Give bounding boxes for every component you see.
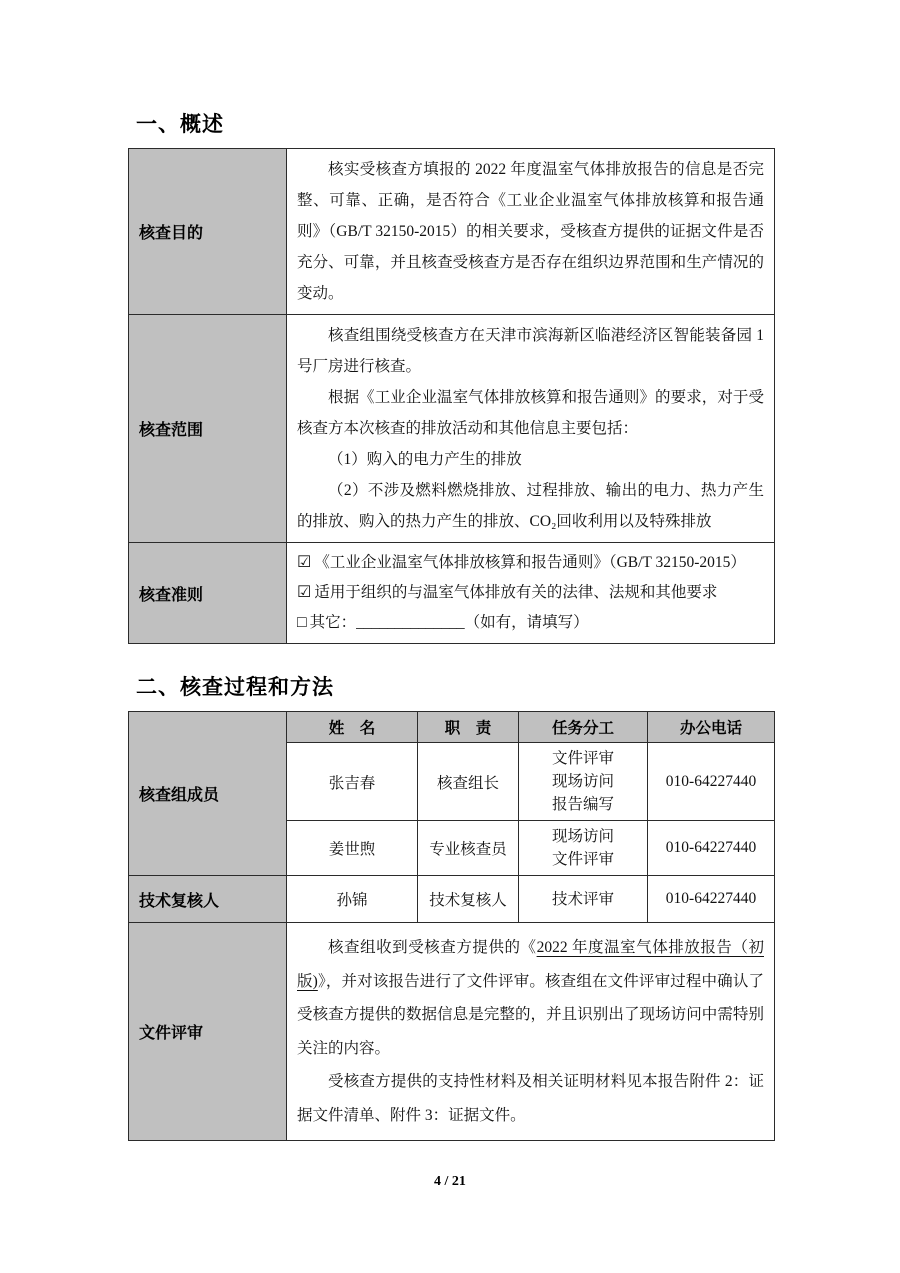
column-header-tasks: 任务分工	[519, 712, 648, 743]
member-tasks-cell: 技术评审	[519, 876, 648, 923]
paragraph: 受核查方提供的支持性材料及相关证明材料见本报告附件 2：证据文件清单、附件 3：…	[297, 1065, 764, 1132]
paragraph: 核查组围绕受核查方在天津市滨海新区临港经济区智能装备园 1 号厂房进行核查。	[297, 320, 764, 382]
criteria-text: 适用于组织的与温室气体排放有关的法律、法规和其他要求	[314, 578, 717, 608]
criteria-item: ☑ 适用于组织的与温室气体排放有关的法律、法规和其他要求	[297, 578, 764, 608]
member-phone-cell: 010-64227440	[648, 876, 775, 923]
checkbox-checked-icon: ☑	[297, 578, 311, 608]
member-role-cell: 技术复核人	[418, 876, 519, 923]
verification-team-table: 核查组成员 姓 名 职 责 任务分工 办公电话 张吉春 核查组长 文件评审 现场…	[128, 711, 775, 1141]
document-page: 一、概述 核查目的 核实受核查方填报的 2022 年度温室气体排放报告的信息是否…	[0, 0, 900, 1273]
row-label-verification-purpose: 核查目的	[129, 149, 287, 315]
member-tasks-cell: 文件评审 现场访问 报告编写	[519, 743, 648, 821]
document-content: 一、概述 核查目的 核实受核查方填报的 2022 年度温室气体排放报告的信息是否…	[128, 108, 774, 1141]
member-role-cell: 核查组长	[418, 743, 519, 821]
verification-criteria-cell: ☑ 《工业企业温室气体排放核算和报告通则》（GB/T 32150-2015） ☑…	[287, 543, 775, 644]
column-header-role: 职 责	[418, 712, 519, 743]
table-row: 文件评审 核查组收到受核查方提供的《2022 年度温室气体排放报告（初版)》，并…	[129, 923, 775, 1141]
checkbox-unchecked-icon: □	[297, 608, 307, 638]
verification-scope-cell: 核查组围绕受核查方在天津市滨海新区临港经济区智能装备园 1 号厂房进行核查。 根…	[287, 315, 775, 543]
checkbox-checked-icon: ☑	[297, 548, 311, 578]
criteria-item: ☑ 《工业企业温室气体排放核算和报告通则》（GB/T 32150-2015）	[297, 548, 764, 578]
member-name-cell: 孙锦	[287, 876, 418, 923]
paragraph: 核实受核查方填报的 2022 年度温室气体排放报告的信息是否完整、可靠、正确，是…	[297, 154, 764, 309]
overview-table: 核查目的 核实受核查方填报的 2022 年度温室气体排放报告的信息是否完整、可靠…	[128, 148, 775, 644]
section2-heading: 二、核查过程和方法	[136, 671, 774, 701]
member-name-cell: 姜世煦	[287, 821, 418, 876]
row-label-verification-scope: 核查范围	[129, 315, 287, 543]
criteria-text: 其它：______________（如有，请填写）	[310, 608, 589, 638]
table-row: 核查目的 核实受核查方填报的 2022 年度温室气体排放报告的信息是否完整、可靠…	[129, 149, 775, 315]
column-header-phone: 办公电话	[648, 712, 775, 743]
table-row: 核查范围 核查组围绕受核查方在天津市滨海新区临港经济区智能装备园 1 号厂房进行…	[129, 315, 775, 543]
document-review-cell: 核查组收到受核查方提供的《2022 年度温室气体排放报告（初版)》，并对该报告进…	[287, 923, 775, 1141]
criteria-text: 《工业企业温室气体排放核算和报告通则》（GB/T 32150-2015）	[314, 548, 746, 578]
row-label-verification-criteria: 核查准则	[129, 543, 287, 644]
member-role-cell: 专业核查员	[418, 821, 519, 876]
member-name-cell: 张吉春	[287, 743, 418, 821]
paragraph: （1）购入的电力产生的排放	[297, 444, 764, 475]
paragraph: 核查组收到受核查方提供的《2022 年度温室气体排放报告（初版)》，并对该报告进…	[297, 931, 764, 1065]
review-text-after: 》，并对该报告进行了文件评审。核查组在文件评审过程中确认了受核查方提供的数据信息…	[297, 973, 764, 1057]
member-phone-cell: 010-64227440	[648, 821, 775, 876]
row-label-document-review: 文件评审	[129, 923, 287, 1141]
table-header-row: 核查组成员 姓 名 职 责 任务分工 办公电话	[129, 712, 775, 743]
table-row: 技术复核人 孙锦 技术复核人 技术评审 010-64227440	[129, 876, 775, 923]
member-tasks-cell: 现场访问 文件评审	[519, 821, 648, 876]
paragraph: 根据《工业企业温室气体排放核算和报告通则》的要求，对于受核查方本次核查的排放活动…	[297, 382, 764, 444]
paragraph: （2）不涉及燃料燃烧排放、过程排放、输出的电力、热力产生的排放、购入的热力产生的…	[297, 475, 764, 537]
row-label-team-members: 核查组成员	[129, 712, 287, 876]
review-text-before: 核查组收到受核查方提供的《	[328, 939, 537, 956]
criteria-item: □ 其它：______________（如有，请填写）	[297, 608, 764, 638]
section1-heading: 一、概述	[136, 108, 774, 138]
row-label-technical-reviewer: 技术复核人	[129, 876, 287, 923]
table-row: 核查准则 ☑ 《工业企业温室气体排放核算和报告通则》（GB/T 32150-20…	[129, 543, 775, 644]
column-header-name: 姓 名	[287, 712, 418, 743]
verification-purpose-cell: 核实受核查方填报的 2022 年度温室气体排放报告的信息是否完整、可靠、正确，是…	[287, 149, 775, 315]
page-number: 4 / 21	[0, 1174, 900, 1190]
member-phone-cell: 010-64227440	[648, 743, 775, 821]
